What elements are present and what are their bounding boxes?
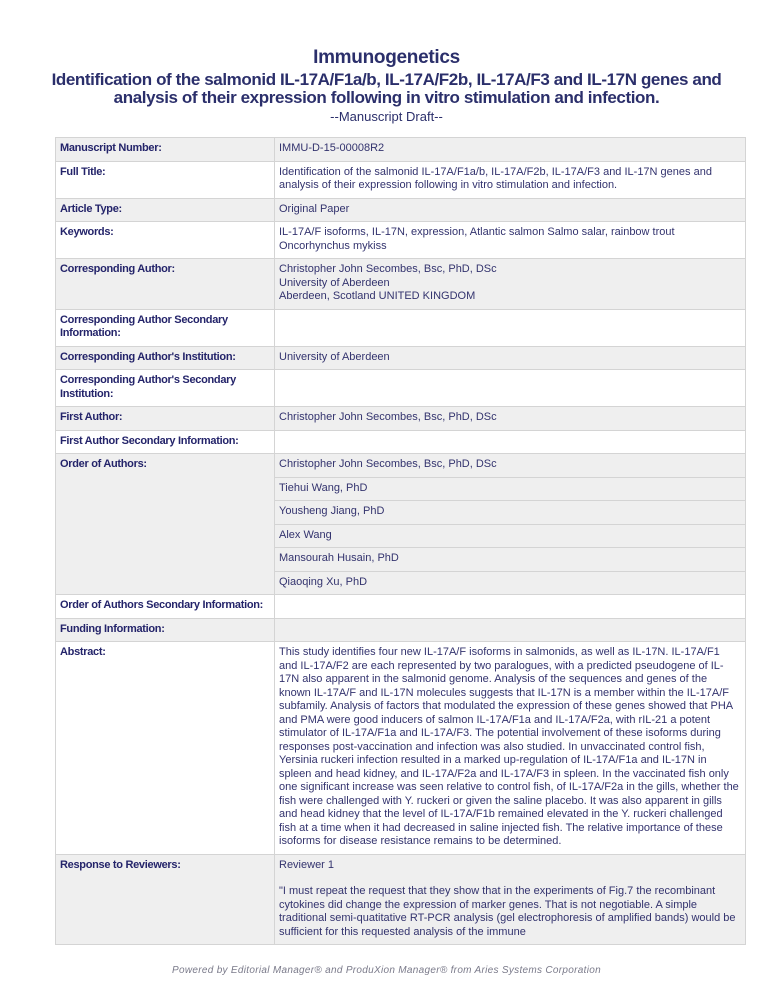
row-manuscript-number: Manuscript Number: IMMU-D-15-00008R2 — [56, 138, 746, 162]
corresponding-author-secondary-value — [275, 309, 746, 346]
field-label: Corresponding Author's Institution: — [56, 346, 275, 370]
field-label: Article Type: — [56, 198, 275, 222]
full-title-value: Identification of the salmonid IL-17A/F1… — [275, 161, 746, 198]
draft-label: --Manuscript Draft-- — [0, 109, 773, 124]
field-label: Manuscript Number: — [56, 138, 275, 162]
author-item: Qiaoqing Xu, PhD — [275, 572, 745, 590]
row-corresponding-secondary-institution: Corresponding Author's Secondary Institu… — [56, 370, 746, 407]
field-label: Corresponding Author Secondary Informati… — [56, 309, 275, 346]
row-funding: Funding Information: — [56, 618, 746, 642]
row-keywords: Keywords: IL-17A/F isoforms, IL-17N, exp… — [56, 222, 746, 259]
manuscript-number-value: IMMU-D-15-00008R2 — [275, 138, 746, 162]
order-of-authors-list: Christopher John Secombes, Bsc, PhD, DSc… — [275, 454, 746, 595]
corresponding-institution-value: University of Aberdeen — [275, 346, 746, 370]
field-label: Abstract: — [56, 642, 275, 855]
corresponding-author-institution: University of Aberdeen — [279, 277, 741, 291]
funding-value — [275, 618, 746, 642]
row-corresponding-institution: Corresponding Author's Institution: Univ… — [56, 346, 746, 370]
row-full-title: Full Title: Identification of the salmon… — [56, 161, 746, 198]
corresponding-author-location: Aberdeen, Scotland UNITED KINGDOM — [279, 290, 741, 304]
field-label: Order of Authors: — [56, 454, 275, 595]
journal-name: Immunogenetics — [0, 47, 773, 69]
order-of-authors-secondary-value — [275, 595, 746, 619]
first-author-value: Christopher John Secombes, Bsc, PhD, DSc — [275, 407, 746, 431]
author-item: Tiehui Wang, PhD — [275, 478, 745, 502]
field-label: Funding Information: — [56, 618, 275, 642]
row-abstract: Abstract: This study identifies four new… — [56, 642, 746, 855]
response-value: Reviewer 1 "I must repeat the request th… — [275, 854, 746, 945]
field-label: Keywords: — [56, 222, 275, 259]
row-order-of-authors: Order of Authors: Christopher John Secom… — [56, 454, 746, 595]
corresponding-author-name: Christopher John Secombes, Bsc, PhD, DSc — [279, 263, 741, 277]
author-item: Alex Wang — [275, 525, 745, 549]
first-author-secondary-value — [275, 430, 746, 454]
reviewer-response-text: "I must repeat the request that they sho… — [279, 885, 736, 938]
row-corresponding-author: Corresponding Author: Christopher John S… — [56, 259, 746, 310]
abstract-value: This study identifies four new IL-17A/F … — [275, 642, 746, 855]
row-corresponding-author-secondary: Corresponding Author Secondary Informati… — [56, 309, 746, 346]
field-label: First Author: — [56, 407, 275, 431]
article-type-value: Original Paper — [275, 198, 746, 222]
reviewer-heading: Reviewer 1 — [279, 859, 741, 873]
field-label: First Author Secondary Information: — [56, 430, 275, 454]
row-order-of-authors-secondary: Order of Authors Secondary Information: — [56, 595, 746, 619]
row-response-to-reviewers: Response to Reviewers: Reviewer 1 "I mus… — [56, 854, 746, 945]
row-first-author: First Author: Christopher John Secombes,… — [56, 407, 746, 431]
keywords-value: IL-17A/F isoforms, IL-17N, expression, A… — [275, 222, 746, 259]
manuscript-metadata-table: Manuscript Number: IMMU-D-15-00008R2 Ful… — [55, 137, 746, 945]
field-label: Corresponding Author: — [56, 259, 275, 310]
field-label: Order of Authors Secondary Information: — [56, 595, 275, 619]
author-item: Mansourah Husain, PhD — [275, 548, 745, 572]
field-label: Full Title: — [56, 161, 275, 198]
row-article-type: Article Type: Original Paper — [56, 198, 746, 222]
corresponding-secondary-institution-value — [275, 370, 746, 407]
author-item: Yousheng Jiang, PhD — [275, 501, 745, 525]
author-item: Christopher John Secombes, Bsc, PhD, DSc — [275, 458, 745, 478]
field-label: Response to Reviewers: — [56, 854, 275, 945]
footer-powered-by: Powered by Editorial Manager® and ProduX… — [0, 965, 773, 976]
field-label: Corresponding Author's Secondary Institu… — [56, 370, 275, 407]
corresponding-author-value: Christopher John Secombes, Bsc, PhD, DSc… — [275, 259, 746, 310]
manuscript-title: Identification of the salmonid IL-17A/F1… — [20, 71, 753, 107]
row-first-author-secondary: First Author Secondary Information: — [56, 430, 746, 454]
